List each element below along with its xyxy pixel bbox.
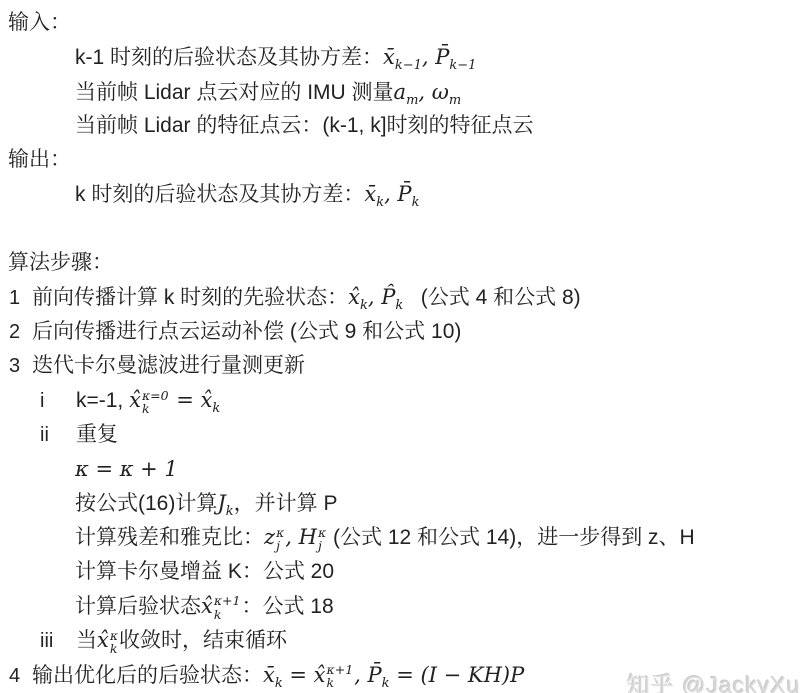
line-step-2: 2后向传播进行点云运动补偿 (公式 9 和公式 10) [0, 315, 805, 349]
sub-sup-stack: κ=0k [142, 389, 169, 415]
text-segment: (公式 12 和公式 14)，进一步得到 z、H [327, 526, 695, 549]
line-marker-i: i [40, 384, 76, 418]
document-lines: 输入：k-1 时刻的后验状态及其协方差：x̄k−1, P̄k−1当前帧 Lida… [0, 6, 805, 692]
line-input-state: k-1 时刻的后验状态及其协方差：x̄k−1, P̄k−1 [0, 40, 805, 74]
math-segment: x̄k = x̂κ+1k, P̄k = (I − KH)P [263, 663, 524, 687]
text-segment: 输出优化后的后验状态： [32, 664, 263, 687]
text-segment: 当 [76, 629, 97, 652]
text-segment: 当前帧 Lidar 点云对应的 IMU 测量 [75, 81, 394, 104]
sub-sup-stack: κj [276, 526, 284, 552]
text-segment: 收敛时，结束循环 [119, 629, 287, 652]
math-segment: x̂k, P̂k [348, 285, 403, 309]
math-segment: x̄k, P̄k [364, 182, 419, 206]
text-segment: ：公式 18 [241, 595, 333, 618]
line-input-header: 输入： [0, 6, 805, 40]
text-segment: 输入： [8, 11, 71, 34]
algorithm-document: 输入：k-1 时刻的后验状态及其协方差：x̄k−1, P̄k−1当前帧 Lida… [0, 0, 805, 692]
line-step-3-i: ik=-1, x̂κ=0k = x̂k [0, 383, 805, 417]
line-output-header: 输出： [0, 143, 805, 177]
text-segment: (公式 4 和公式 8) [403, 286, 580, 309]
text-segment: 重复 [76, 423, 118, 446]
text-segment: 计算卡尔曼增益 K：公式 20 [75, 560, 334, 583]
text-segment: k-1 时刻的后验状态及其协方差： [75, 46, 383, 69]
text-segment: 后向传播进行点云运动补偿 (公式 9 和公式 10) [32, 320, 461, 343]
text-segment: k=-1, [76, 389, 129, 412]
line-marker-iii: iii [40, 624, 76, 658]
math-segment: x̂κk [97, 628, 119, 652]
line-step-3-ii-jacobian-j: 按公式(16)计算Jk，并计算 P [0, 486, 805, 520]
line-step-3-ii-residual: 计算残差和雅克比：zκj, Hκj (公式 12 和公式 14)，进一步得到 z… [0, 520, 805, 554]
math-segment: x̂κ=0k = x̂k [129, 388, 220, 412]
text-segment: 按公式(16)计算 [75, 492, 217, 515]
watermark-text: 知乎 @JackyXu [627, 672, 801, 693]
line-blank [0, 212, 805, 246]
line-input-imu: 当前帧 Lidar 点云对应的 IMU 测量am, ωm [0, 75, 805, 109]
text-segment: 当前帧 Lidar 的特征点云：(k-1, k]时刻的特征点云 [75, 114, 534, 137]
text-segment: ，并计算 P [234, 492, 338, 515]
line-marker-4: 4 [9, 659, 32, 693]
math-segment: x̄k−1, P̄k−1 [383, 45, 476, 69]
math-segment: x̂κ+1k [201, 594, 241, 618]
text-segment: 计算残差和雅克比： [75, 526, 264, 549]
line-marker-3: 3 [9, 349, 32, 383]
math-segment: zκj, Hκj [264, 525, 327, 549]
line-step-1: 1前向传播计算 k 时刻的先验状态：x̂k, P̂k (公式 4 和公式 8) [0, 280, 805, 314]
line-step-3: 3迭代卡尔曼滤波进行量测更新 [0, 349, 805, 383]
line-steps-header: 算法步骤： [0, 246, 805, 280]
line-step-3-ii-posterior: 计算后验状态x̂κ+1k：公式 18 [0, 589, 805, 623]
watermark: 知乎 @JackyXu [612, 640, 800, 693]
line-step-3-ii-gain: 计算卡尔曼增益 K：公式 20 [0, 555, 805, 589]
sub-sup-stack: κ+1k [327, 663, 354, 689]
text-segment: 算法步骤： [8, 251, 113, 274]
math-segment: κ = κ + 1 [75, 457, 178, 481]
line-output-state: k 时刻的后验状态及其协方差：x̄k, P̄k [0, 177, 805, 211]
sub-sup-stack: κj [318, 526, 326, 552]
line-step-3-ii-kappa: κ = κ + 1 [0, 452, 805, 486]
text-segment: 迭代卡尔曼滤波进行量测更新 [32, 354, 305, 377]
math-segment: Jk [217, 491, 233, 515]
sub-sup-stack: κk [110, 629, 118, 655]
math-segment: am, ωm [394, 80, 462, 104]
line-marker-2: 2 [9, 315, 32, 349]
line-marker-1: 1 [9, 281, 32, 315]
line-marker-ii: ii [40, 418, 76, 452]
line-step-3-ii: ii重复 [0, 418, 805, 452]
line-input-features: 当前帧 Lidar 的特征点云：(k-1, k]时刻的特征点云 [0, 109, 805, 143]
text-segment: 输出： [8, 148, 71, 171]
text-segment: k 时刻的后验状态及其协方差： [75, 183, 364, 206]
sub-sup-stack: κ+1k [214, 594, 241, 620]
text-segment: 前向传播计算 k 时刻的先验状态： [32, 286, 348, 309]
text-segment: 计算后验状态 [75, 595, 201, 618]
